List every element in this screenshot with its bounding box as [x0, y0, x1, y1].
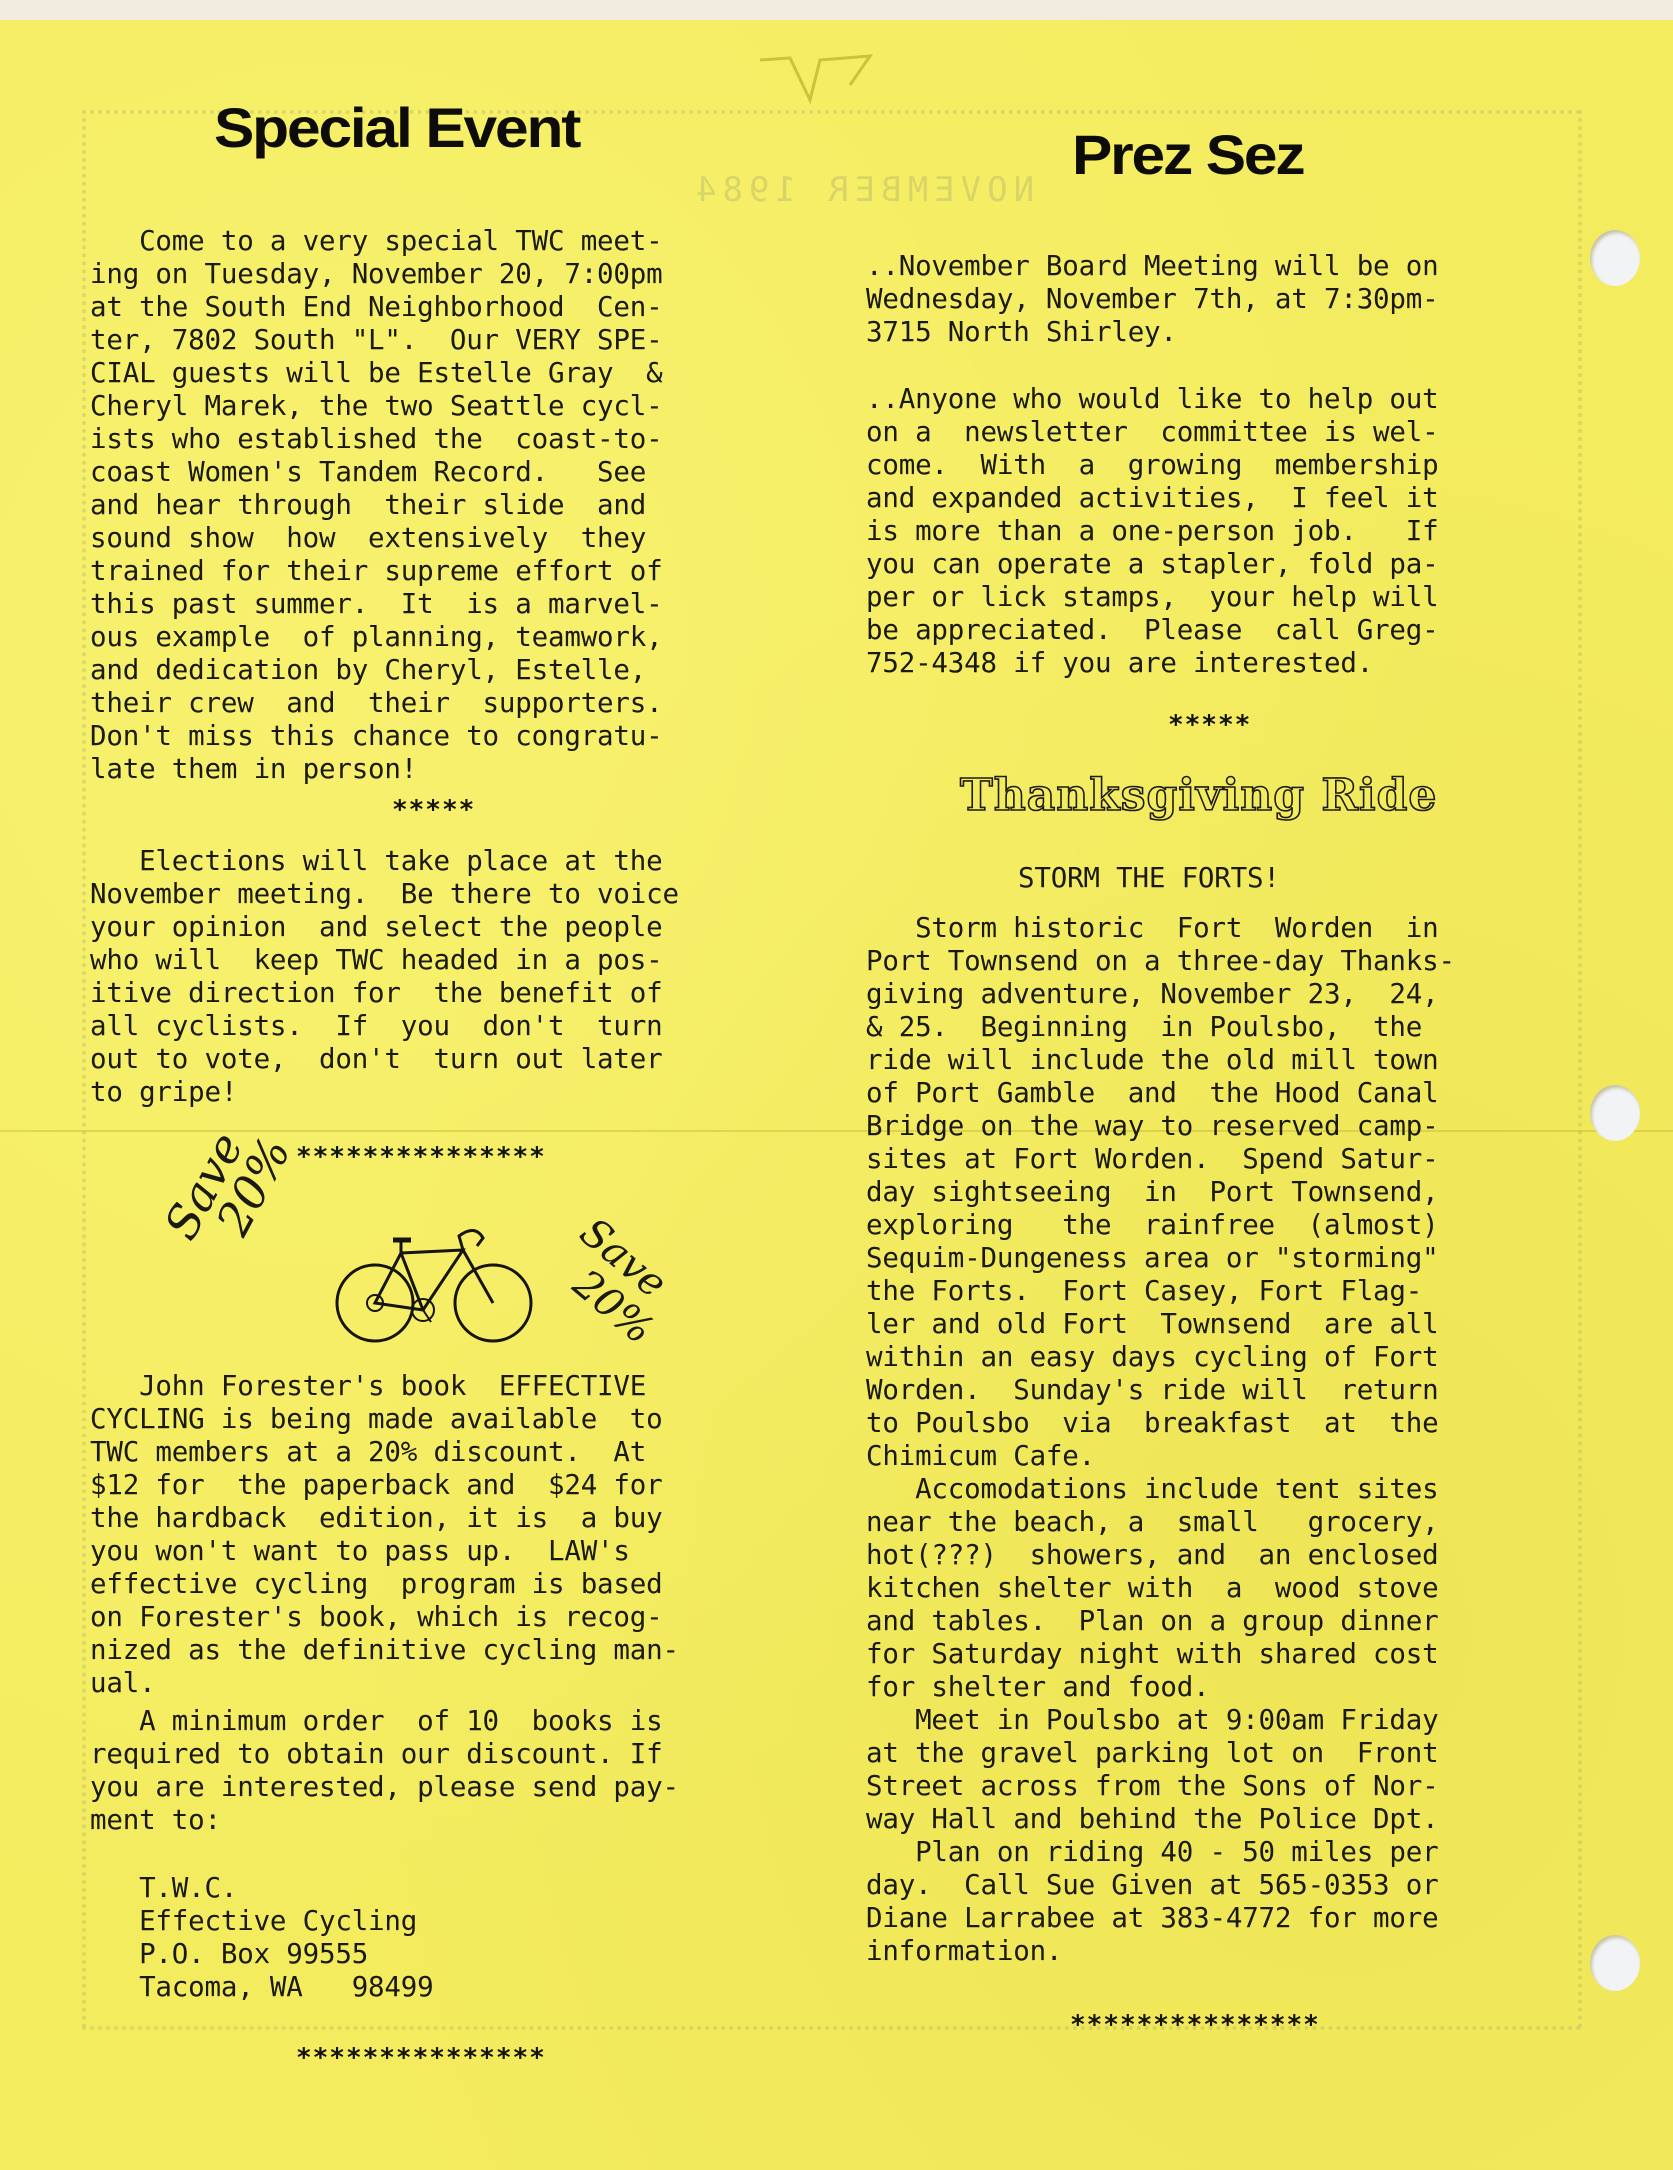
- text-line: come. With a growing membership: [866, 449, 1586, 482]
- bicycle-illustration: [335, 1218, 535, 1348]
- text-line: ous example of planning, teamwork,: [90, 621, 810, 654]
- separator: *****: [1168, 710, 1251, 740]
- text-line: of Port Gamble and the Hood Canal: [866, 1077, 1586, 1110]
- text-line: Diane Larrabee at 383-4772 for more: [866, 1902, 1586, 1935]
- bleed-through-date: NOVEMBER 1984: [690, 170, 1034, 210]
- text-line: the Forts. Fort Casey, Fort Flag-: [866, 1275, 1586, 1308]
- separator: ***************: [1070, 2010, 1320, 2040]
- text-line: giving adventure, November 23, 24,: [866, 978, 1586, 1011]
- text-line: 752-4348 if you are interested.: [866, 647, 1586, 680]
- special-event-paragraph: Come to a very special TWC meet-ing on T…: [90, 225, 810, 786]
- text-line: way Hall and behind the Police Dpt.: [866, 1803, 1586, 1836]
- text-line: TWC members at a 20% discount. At: [90, 1436, 810, 1469]
- text-line: November meeting. Be there to voice: [90, 878, 810, 911]
- text-line: the hardback edition, it is a buy: [90, 1502, 810, 1535]
- text-line: Accomodations include tent sites: [866, 1473, 1586, 1506]
- text-line: and expanded activities, I feel it: [866, 482, 1586, 515]
- text-line: who will keep TWC headed in a pos-: [90, 944, 810, 977]
- text-line: effective cycling program is based: [90, 1568, 810, 1601]
- text-line: kitchen shelter with a wood stove: [866, 1572, 1586, 1605]
- text-line: day sightseeing in Port Townsend,: [866, 1176, 1586, 1209]
- text-line: per or lick stamps, your help will: [866, 581, 1586, 614]
- text-line: Storm historic Fort Worden in: [866, 912, 1586, 945]
- separator: ***************: [296, 1142, 546, 1172]
- text-line: ride will include the old mill town: [866, 1044, 1586, 1077]
- text-line: on a newsletter committee is wel-: [866, 416, 1586, 449]
- text-line: all cyclists. If you don't turn: [90, 1010, 810, 1043]
- meeting-point-paragraph: Meet in Poulsbo at 9:00am Fridayat the g…: [866, 1704, 1586, 1836]
- separator: ***************: [296, 2043, 546, 2073]
- text-line: sites at Fort Worden. Spend Satur-: [866, 1143, 1586, 1176]
- text-line: Wednesday, November 7th, at 7:30pm-: [866, 283, 1586, 316]
- text-line: Street across from the Sons of Nor-: [866, 1770, 1586, 1803]
- text-line: near the beach, a small grocery,: [866, 1506, 1586, 1539]
- thanksgiving-ride-headline: Thanksgiving Ride: [960, 770, 1437, 821]
- text-line: is more than a one-person job. If: [866, 515, 1586, 548]
- accommodations-paragraph: Accomodations include tent sitesnear the…: [866, 1473, 1586, 1704]
- text-line: information.: [866, 1935, 1586, 1968]
- text-line: ter, 7802 South "L". Our VERY SPE-: [90, 324, 810, 357]
- text-line: CYCLING is being made available to: [90, 1403, 810, 1436]
- text-line: Bridge on the way to reserved camp-: [866, 1110, 1586, 1143]
- text-line: ing on Tuesday, November 20, 7:00pm: [90, 258, 810, 291]
- text-line: Don't miss this chance to congratu-: [90, 720, 810, 753]
- text-line: and hear through their slide and: [90, 489, 810, 522]
- text-line: required to obtain our discount. If: [90, 1738, 810, 1771]
- text-line: 3715 North Shirley.: [866, 316, 1586, 349]
- text-line: late them in person!: [90, 753, 810, 786]
- text-line: and dedication by Cheryl, Estelle,: [90, 654, 810, 687]
- text-line: on Forester's book, which is recog-: [90, 1601, 810, 1634]
- text-line: for shelter and food.: [866, 1671, 1586, 1704]
- text-line: your opinion and select the people: [90, 911, 810, 944]
- text-line: Tacoma, WA 98499: [90, 1971, 810, 2004]
- text-line: Come to a very special TWC meet-: [90, 225, 810, 258]
- staple-crease-icon: [750, 40, 890, 110]
- special-event-headline: Special Event: [214, 95, 579, 160]
- text-line: ual.: [90, 1667, 810, 1700]
- minimum-order-paragraph: A minimum order of 10 books isrequired t…: [90, 1705, 810, 1837]
- prez-sez-headline: Prez Sez: [1072, 122, 1303, 187]
- text-line: for Saturday night with shared cost: [866, 1638, 1586, 1671]
- text-line: trained for their supreme effort of: [90, 555, 810, 588]
- text-line: Worden. Sunday's ride will return: [866, 1374, 1586, 1407]
- text-line: $12 for the paperback and $24 for: [90, 1469, 810, 1502]
- text-line: at the gravel parking lot on Front: [866, 1737, 1586, 1770]
- text-line: ment to:: [90, 1804, 810, 1837]
- text-line: to gripe!: [90, 1076, 810, 1109]
- text-line: their crew and their supporters.: [90, 687, 810, 720]
- text-line: exploring the rainfree (almost): [866, 1209, 1586, 1242]
- text-line: P.O. Box 99555: [90, 1938, 810, 1971]
- ride-description-paragraph: Storm historic Fort Worden inPort Townse…: [866, 912, 1586, 1473]
- text-line: at the South End Neighborhood Cen-: [90, 291, 810, 324]
- text-line: coast Women's Tandem Record. See: [90, 456, 810, 489]
- text-line: & 25. Beginning in Poulsbo, the: [866, 1011, 1586, 1044]
- text-line: to Poulsbo via breakfast at the: [866, 1407, 1586, 1440]
- text-line: this past summer. It is a marvel-: [90, 588, 810, 621]
- book-offer-paragraph: John Forester's book EFFECTIVECYCLING is…: [90, 1370, 810, 1700]
- contact-paragraph: Plan on riding 40 - 50 miles perday. Cal…: [866, 1836, 1586, 1968]
- mailing-address: T.W.C. Effective Cycling P.O. Box 99555 …: [90, 1872, 810, 2004]
- text-line: Plan on riding 40 - 50 miles per: [866, 1836, 1586, 1869]
- text-line: hot(???) showers, and an enclosed: [866, 1539, 1586, 1572]
- newsletter-committee-paragraph: ..Anyone who would like to help outon a …: [866, 383, 1586, 680]
- text-line: be appreciated. Please call Greg-: [866, 614, 1586, 647]
- text-line: you won't want to pass up. LAW's: [90, 1535, 810, 1568]
- text-line: you are interested, please send pay-: [90, 1771, 810, 1804]
- punch-hole-top: [1590, 230, 1640, 286]
- punch-hole-bottom: [1590, 1935, 1640, 1991]
- text-line: day. Call Sue Given at 565-0353 or: [866, 1869, 1586, 1902]
- punch-hole-middle: [1590, 1085, 1640, 1141]
- text-line: Meet in Poulsbo at 9:00am Friday: [866, 1704, 1586, 1737]
- text-line: A minimum order of 10 books is: [90, 1705, 810, 1738]
- text-line: ler and old Fort Townsend are all: [866, 1308, 1586, 1341]
- separator: *****: [392, 795, 475, 825]
- text-line: ..November Board Meeting will be on: [866, 250, 1586, 283]
- text-line: out to vote, don't turn out later: [90, 1043, 810, 1076]
- text-line: John Forester's book EFFECTIVE: [90, 1370, 810, 1403]
- text-line: ..Anyone who would like to help out: [866, 383, 1586, 416]
- text-line: sound show how extensively they: [90, 522, 810, 555]
- text-line: you can operate a stapler, fold pa-: [866, 548, 1586, 581]
- text-line: Cheryl Marek, the two Seattle cycl-: [90, 390, 810, 423]
- text-line: and tables. Plan on a group dinner: [866, 1605, 1586, 1638]
- text-line: Sequim-Dungeness area or "storming": [866, 1242, 1586, 1275]
- storm-the-forts-subheading: STORM THE FORTS!: [1018, 862, 1673, 895]
- elections-paragraph: Elections will take place at theNovember…: [90, 845, 810, 1109]
- text-line: Chimicum Cafe.: [866, 1440, 1586, 1473]
- text-line: itive direction for the benefit of: [90, 977, 810, 1010]
- text-line: Port Townsend on a three-day Thanks-: [866, 945, 1586, 978]
- text-line: Elections will take place at the: [90, 845, 810, 878]
- text-line: within an easy days cycling of Fort: [866, 1341, 1586, 1374]
- text-line: CIAL guests will be Estelle Gray &: [90, 357, 810, 390]
- text-line: Effective Cycling: [90, 1905, 810, 1938]
- text-line: T.W.C.: [90, 1872, 810, 1905]
- text-line: ists who established the coast-to-: [90, 423, 810, 456]
- text-line: nized as the definitive cycling man-: [90, 1634, 810, 1667]
- board-meeting-paragraph: ..November Board Meeting will be onWedne…: [866, 250, 1586, 349]
